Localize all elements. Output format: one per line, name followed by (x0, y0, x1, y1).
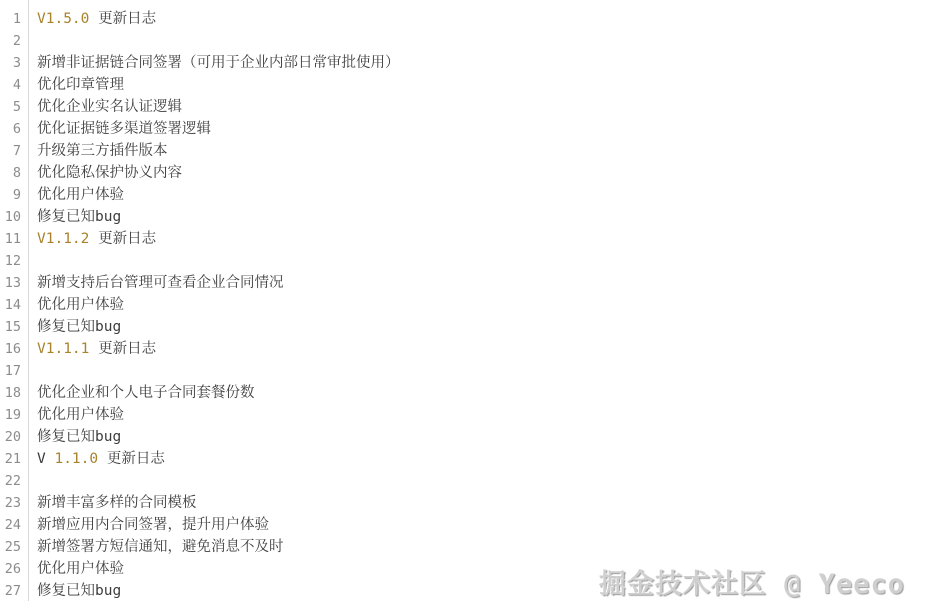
line-number: 22 (0, 470, 21, 492)
line-text: 升级第三方插件版本 (37, 143, 168, 159)
line-text: 新增非证据链合同签署（可用于企业内部日常审批使用） (37, 55, 400, 71)
code-line: 11 V1.1.2 更新日志 (0, 228, 941, 250)
line-content: 优化印章管理 (21, 74, 941, 96)
line-content: 优化用户体验 (21, 184, 941, 206)
code-line: 22 (0, 470, 941, 492)
line-content: 修复已知bug (21, 206, 941, 228)
line-text: 更新日志 (89, 231, 156, 247)
gutter-divider (28, 0, 29, 601)
line-text: 修复已知bug (37, 583, 121, 599)
version-token: 1.1.0 (54, 451, 98, 467)
line-content (21, 360, 941, 382)
line-text: 优化印章管理 (37, 77, 124, 93)
code-line: 13 新增支持后台管理可查看企业合同情况 (0, 272, 941, 294)
line-content: 优化用户体验 (21, 404, 941, 426)
line-content: 优化用户体验 (21, 294, 941, 316)
line-content: V1.1.2 更新日志 (21, 228, 941, 250)
line-content: 优化企业和个人电子合同套餐份数 (21, 382, 941, 404)
line-number: 11 (0, 228, 21, 250)
line-number: 10 (0, 206, 21, 228)
code-line: 16 V1.1.1 更新日志 (0, 338, 941, 360)
line-content: 修复已知bug (21, 316, 941, 338)
line-content: V1.5.0 更新日志 (21, 8, 941, 30)
code-line: 12 (0, 250, 941, 272)
line-text: 更新日志 (89, 341, 156, 357)
code-line: 25 新增签署方短信通知，避免消息不及时 (0, 536, 941, 558)
line-content: 修复已知bug (21, 426, 941, 448)
line-number: 23 (0, 492, 21, 514)
line-text: 更新日志 (98, 451, 165, 467)
watermark: 掘金技术社区 @ Yeeco (599, 562, 905, 601)
code-line: 1 V1.5.0 更新日志 (0, 8, 941, 30)
line-text: 新增应用内合同签署，提升用户体验 (37, 517, 269, 533)
line-text: 优化企业和个人电子合同套餐份数 (37, 385, 255, 401)
code-line: 17 (0, 360, 941, 382)
line-number: 13 (0, 272, 21, 294)
line-content: 优化企业实名认证逻辑 (21, 96, 941, 118)
line-text: 优化用户体验 (37, 297, 124, 313)
line-text: 修复已知bug (37, 429, 121, 445)
code-line: 5 优化企业实名认证逻辑 (0, 96, 941, 118)
line-text: 修复已知bug (37, 319, 121, 335)
line-number: 16 (0, 338, 21, 360)
line-content (21, 470, 941, 492)
line-content: V1.1.1 更新日志 (21, 338, 941, 360)
line-content: 新增丰富多样的合同模板 (21, 492, 941, 514)
code-line: 9 优化用户体验 (0, 184, 941, 206)
line-number: 19 (0, 404, 21, 426)
line-number: 2 (0, 30, 21, 52)
line-text: 更新日志 (89, 11, 156, 27)
line-text: V (37, 451, 54, 467)
line-number: 1 (0, 8, 21, 30)
code-line: 4 优化印章管理 (0, 74, 941, 96)
line-text: 优化用户体验 (37, 187, 124, 203)
code-line: 8 优化隐私保护协义内容 (0, 162, 941, 184)
line-text: 修复已知bug (37, 209, 121, 225)
line-number: 14 (0, 294, 21, 316)
line-content: 新增签署方短信通知，避免消息不及时 (21, 536, 941, 558)
code-line: 20 修复已知bug (0, 426, 941, 448)
line-text: 新增丰富多样的合同模板 (37, 495, 197, 511)
code-line: 7 升级第三方插件版本 (0, 140, 941, 162)
line-number: 26 (0, 558, 21, 580)
line-text: 优化用户体验 (37, 561, 124, 577)
line-number: 17 (0, 360, 21, 382)
changelog-code-block: 1 V1.5.0 更新日志 2 3 新增非证据链合同签署（可用于企业内部日常审批… (0, 0, 941, 614)
line-number: 15 (0, 316, 21, 338)
line-content: V 1.1.0 更新日志 (21, 448, 941, 470)
line-content: 升级第三方插件版本 (21, 140, 941, 162)
code-line: 10 修复已知bug (0, 206, 941, 228)
code-line: 21 V 1.1.0 更新日志 (0, 448, 941, 470)
line-number: 4 (0, 74, 21, 96)
line-number: 20 (0, 426, 21, 448)
code-line: 14 优化用户体验 (0, 294, 941, 316)
line-number: 6 (0, 118, 21, 140)
code-line: 23 新增丰富多样的合同模板 (0, 492, 941, 514)
line-text: 新增签署方短信通知，避免消息不及时 (37, 539, 284, 555)
line-number: 18 (0, 382, 21, 404)
line-number: 8 (0, 162, 21, 184)
line-content: 新增应用内合同签署，提升用户体验 (21, 514, 941, 536)
line-number: 9 (0, 184, 21, 206)
line-number: 21 (0, 448, 21, 470)
code-line: 18 优化企业和个人电子合同套餐份数 (0, 382, 941, 404)
version-token: V1.1.1 (37, 341, 89, 357)
code-line: 19 优化用户体验 (0, 404, 941, 426)
code-line: 15 修复已知bug (0, 316, 941, 338)
line-number: 7 (0, 140, 21, 162)
line-content: 新增非证据链合同签署（可用于企业内部日常审批使用） (21, 52, 941, 74)
line-content: 优化证据链多渠道签署逻辑 (21, 118, 941, 140)
line-number: 27 (0, 580, 21, 602)
code-lines: 1 V1.5.0 更新日志 2 3 新增非证据链合同签署（可用于企业内部日常审批… (0, 8, 941, 602)
code-line: 3 新增非证据链合同签署（可用于企业内部日常审批使用） (0, 52, 941, 74)
line-content: 优化隐私保护协义内容 (21, 162, 941, 184)
code-line: 2 (0, 30, 941, 52)
line-content (21, 30, 941, 52)
line-text: 优化企业实名认证逻辑 (37, 99, 182, 115)
version-token: V1.5.0 (37, 11, 89, 27)
line-text: 优化用户体验 (37, 407, 124, 423)
line-content (21, 250, 941, 272)
code-line: 24 新增应用内合同签署，提升用户体验 (0, 514, 941, 536)
line-content: 新增支持后台管理可查看企业合同情况 (21, 272, 941, 294)
line-number: 5 (0, 96, 21, 118)
line-number: 25 (0, 536, 21, 558)
line-number: 3 (0, 52, 21, 74)
line-text: 优化隐私保护协义内容 (37, 165, 182, 181)
line-number: 24 (0, 514, 21, 536)
code-line: 6 优化证据链多渠道签署逻辑 (0, 118, 941, 140)
line-text: 新增支持后台管理可查看企业合同情况 (37, 275, 284, 291)
version-token: V1.1.2 (37, 231, 89, 247)
line-text: 优化证据链多渠道签署逻辑 (37, 121, 211, 137)
line-number: 12 (0, 250, 21, 272)
